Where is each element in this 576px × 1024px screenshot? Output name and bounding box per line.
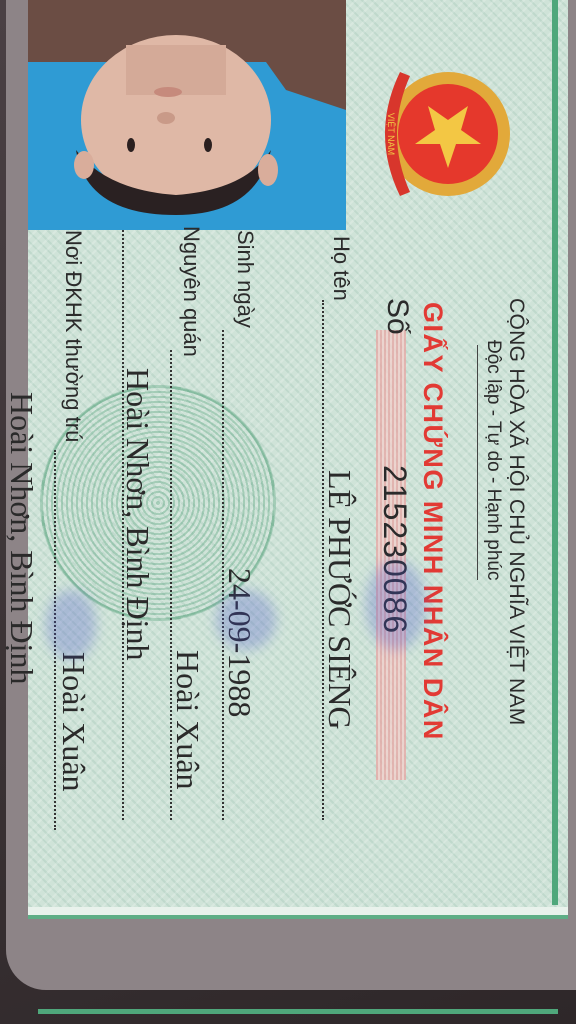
dob-label: Sinh ngày (232, 230, 258, 328)
residence-value-line2: Hoài Nhơn, Bình Định (3, 392, 40, 684)
origin-label: Nguyên quán (178, 226, 204, 357)
national-emblem-icon: VIỆT NAM (380, 54, 520, 214)
residence-label: Nơi ĐKHK thường trú (60, 230, 86, 442)
ink-stain (46, 590, 96, 660)
portrait-image (28, 0, 346, 230)
header-country: CỘNG HÒA XÃ HỘI CHỦ NGHĨA VIỆT NAM (504, 298, 528, 726)
svg-text:VIỆT NAM: VIỆT NAM (386, 113, 396, 155)
card-border-bottom (552, 0, 558, 905)
card-title: GIẤY CHỨNG MINH NHÂN DÂN (417, 302, 448, 741)
ink-stain (366, 560, 426, 650)
number-label: Số (380, 298, 414, 335)
origin-value-line2: Hoài Nhơn, Bình Định (119, 368, 156, 660)
name-value: LÊ PHƯỚC SIÊNG (321, 470, 358, 730)
ink-stain (216, 590, 276, 650)
origin-value-line1: Hoài Xuân (169, 650, 206, 790)
name-label: Họ tên (328, 236, 354, 301)
header-motto: Độc lập - Tự do - Hạnh phúc (482, 340, 504, 581)
id-card-rotated: VIỆT NAM CỘNG HÒA XÃ HỘI CHỦ NGHĨA VIỆT … (0, 0, 576, 1024)
motto-underline (477, 345, 478, 580)
card-border-right (38, 1009, 558, 1014)
residence-value-line1: Hoài Xuân (55, 652, 92, 792)
